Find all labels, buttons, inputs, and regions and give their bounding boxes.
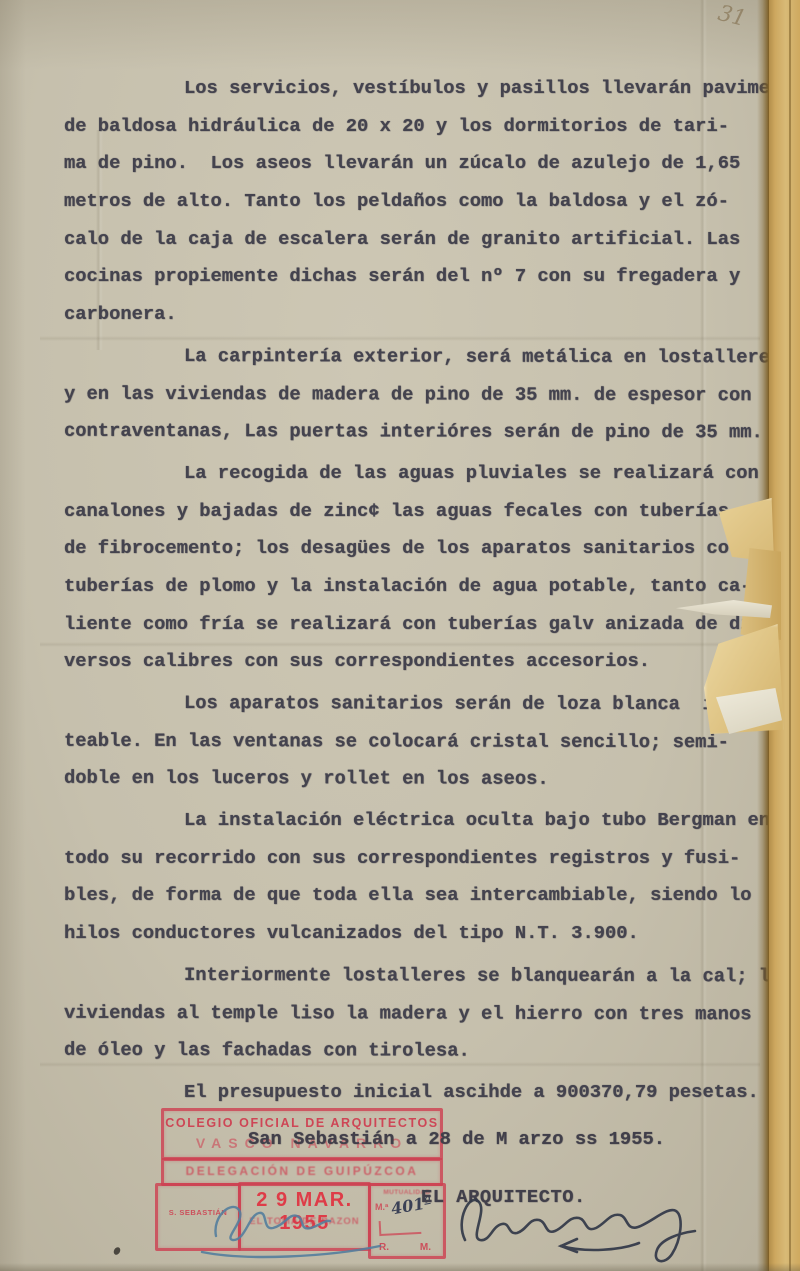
paragraph: Los servicios, vestíbulos y pasillos lle… <box>64 70 784 334</box>
typed-line: La instalación eléctrica oculta bajo tub… <box>64 802 784 840</box>
typed-line: todo su recorrido con sus correspondient… <box>64 840 784 878</box>
paragraph: La recogida de las aguas pluviales se re… <box>64 455 784 681</box>
typed-line: Los aparatos sanitarios serán de loza bl… <box>64 685 784 724</box>
typed-line: hilos conductores vulcanizados del tipo … <box>64 915 784 953</box>
typed-line: ma de pino. Los aseos llevarán un zúcalo… <box>64 145 784 183</box>
typed-line: contraventanas, Las puertas interióres s… <box>64 413 784 452</box>
typed-line: Interiormente lostalleres se blanquearán… <box>64 957 784 996</box>
typed-line: La carpintería exterior, será metálica e… <box>64 338 784 377</box>
typed-line: tuberías de plomo y la instalación de ag… <box>64 568 784 606</box>
typed-line: doble en los luceros y rollet en los ase… <box>64 760 784 799</box>
typed-body: Los servicios, vestíbulos y pasillos lle… <box>64 70 784 1116</box>
signature-architect <box>425 1178 725 1271</box>
paragraph: La instalación eléctrica oculta bajo tub… <box>64 802 784 953</box>
paragraph: El presupuesto inicial ascihde a 900370,… <box>64 1074 784 1112</box>
bottom-edge-shadow <box>0 1263 800 1271</box>
scanned-document-page: 31 Los servicios, vestíbulos y pasillos … <box>0 0 800 1271</box>
typed-line: versos calibres con sus correspondientes… <box>64 643 784 681</box>
typed-line: canalones y bajadas de zinc¢ las aguas f… <box>64 493 784 531</box>
page-number-handwritten: 31 <box>715 1 748 32</box>
typed-line: de fibrocemento; los desagües de los apa… <box>64 530 784 568</box>
typed-line: teable. En las ventanas se colocará cris… <box>64 722 784 761</box>
typed-line: metros de alto. Tanto los peldaños como … <box>64 183 784 221</box>
signature-teal-scribble <box>192 1190 392 1268</box>
typed-line: El presupuesto inicial ascihde a 900370,… <box>64 1074 784 1112</box>
typed-line: carbonera. <box>64 296 784 334</box>
typed-line: La recogida de las aguas pluviales se re… <box>64 455 784 493</box>
typed-line: liente como fría se realizará con tuberí… <box>64 606 784 644</box>
typed-line: y en las viviendas de madera de pino de … <box>64 375 784 414</box>
typed-line: viviendas al temple liso la madera y el … <box>64 994 784 1033</box>
typed-line: de óleo y las fachadas con tirolesa. <box>64 1032 784 1071</box>
typed-date-line: San Sebastián a 28 de M arzo ss 1955. <box>248 1128 665 1150</box>
typed-line: Los servicios, vestíbulos y pasillos lle… <box>64 70 784 108</box>
paragraph: Interiormente lostalleres se blanquearán… <box>64 957 784 1070</box>
typed-line: de baldosa hidráulica de 20 x 20 y los d… <box>64 108 784 146</box>
stamp-delegation-name: DELEGACIÓN DE GUIPÚZCOA <box>164 1164 440 1178</box>
typed-line: calo de la caja de escalera serán de gra… <box>64 221 784 259</box>
typed-line: cocinas propiemente dichas serán del nº … <box>64 258 784 296</box>
paragraph: Los aparatos sanitarios serán de loza bl… <box>64 685 784 798</box>
backing-page-edge-line <box>789 0 791 1271</box>
ink-speck <box>112 1246 121 1256</box>
paragraph: La carpintería exterior, será metálica e… <box>64 338 784 451</box>
typed-line: bles, de forma de que toda ella sea inte… <box>64 877 784 915</box>
